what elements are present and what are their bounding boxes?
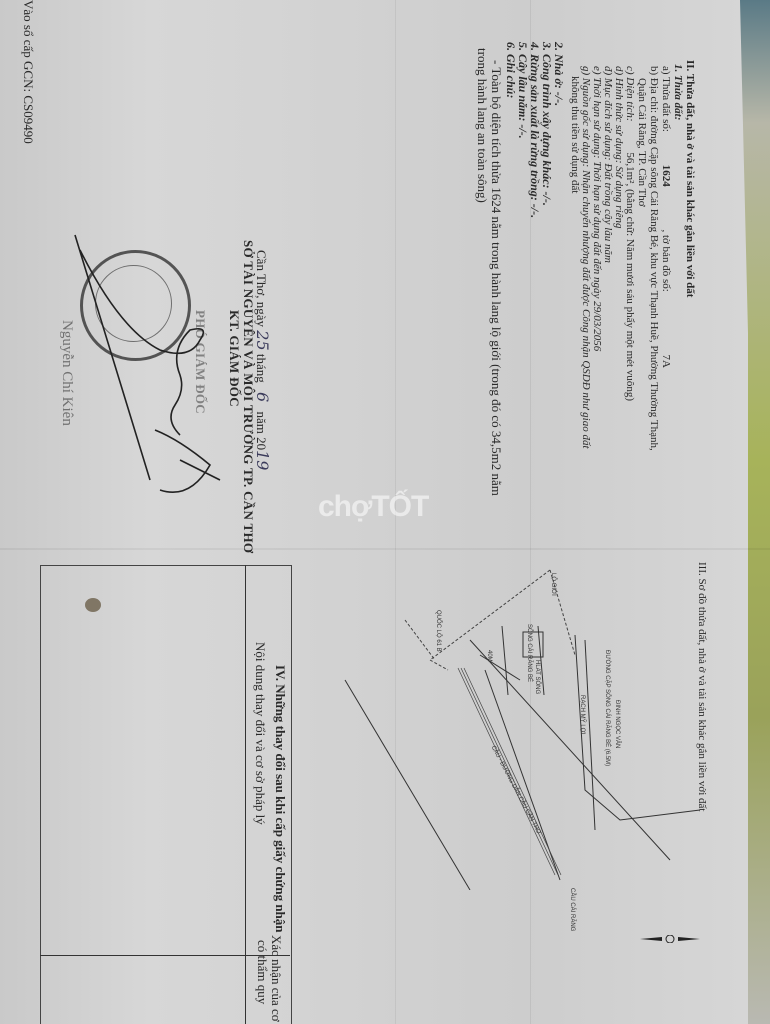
table-header-confirm-1: Xác nhận của cơ bbox=[269, 935, 284, 1022]
table-header-confirm-2: có thẩm quy bbox=[255, 940, 270, 1004]
map-label-canal: RẠCH MỸ LỢI bbox=[578, 695, 585, 734]
note: - Toàn bộ diện tích thửa 1624 nằm trong … bbox=[489, 60, 504, 496]
map-label-river: SÔNG CÁI RĂNG BÉ bbox=[525, 624, 532, 682]
note-cont: trong hành lang an toàn sông) bbox=[475, 48, 490, 203]
item-1-title: 1. Thửa đất: bbox=[671, 64, 684, 120]
map-label-bridge-end: CẦU CÁI RĂNG bbox=[568, 888, 575, 931]
map-label-road-width: 40M bbox=[485, 650, 492, 662]
section-iv-title: IV. Những thay đổi sau khi cấp giấy chứn… bbox=[273, 665, 288, 933]
parcel-map bbox=[340, 560, 740, 890]
item-5: 5. Cây lâu năm: -/-. bbox=[516, 42, 530, 139]
map-label-road: ĐƯỜNG CẶP SÔNG CÁI RĂNG BÉ (6.5M) bbox=[603, 650, 610, 766]
chotot-watermark: chợTỐT bbox=[318, 490, 428, 524]
paper-stain bbox=[85, 598, 101, 612]
map-label-highway: QUỐC LỘ 61 B bbox=[434, 610, 441, 652]
table-header-changes: Nội dung thay đổi và cơ sở pháp lý bbox=[253, 642, 268, 825]
issuing-authority: SỞ TÀI NGUYÊN VÀ MÔI TRƯỜNG TP. CẦN THƠ bbox=[241, 240, 256, 553]
paper-fold bbox=[0, 548, 770, 550]
parcel-row: a) Thửa đất số: 1624 , tờ bản đồ số: 7A bbox=[659, 66, 672, 368]
certificate-number-label: Vào sổ cấp GCN: bbox=[21, 0, 36, 92]
map-number: 7A bbox=[660, 355, 672, 368]
section-ii-title: II. Thửa đất, nhà ở và tài sản khác gắn … bbox=[683, 60, 696, 297]
map-label-neighbor: ĐINH NGỌC VÂN bbox=[613, 700, 620, 748]
table-row-divider bbox=[40, 955, 290, 956]
certificate-number-row: Vào sổ cấp GCN: CS09490 bbox=[21, 0, 36, 144]
certificate-number: CS09490 bbox=[21, 95, 36, 143]
item-3: 3. Công trình xây dựng khác: -/-. bbox=[540, 42, 554, 206]
map-label-bank: HLAT SÔNG bbox=[533, 660, 540, 694]
address-cont: Quận Cái Răng, TP. Cần Thơ bbox=[635, 78, 648, 207]
north-arrow-icon bbox=[640, 935, 700, 943]
item-6: 6. Ghi chú: bbox=[504, 42, 518, 98]
signature-scribble bbox=[60, 230, 230, 520]
item-4: 4. Rừng sản xuất là rừng trồng: -/-. bbox=[528, 42, 542, 218]
usage-origin-cont: không thu tiền sử dụng đất bbox=[568, 76, 581, 193]
item-2: 2. Nhà ở: -/-. bbox=[552, 42, 566, 106]
address: b) Địa chỉ: đường Cặp sông Cái Răng Bé, … bbox=[647, 66, 660, 451]
parcel-number: 1624 bbox=[660, 165, 672, 187]
place-date: Cần Thơ, ngày 25 tháng 6 năm 2019 bbox=[254, 250, 270, 470]
map-label-boundary: LỘ GIỚI bbox=[549, 573, 556, 596]
